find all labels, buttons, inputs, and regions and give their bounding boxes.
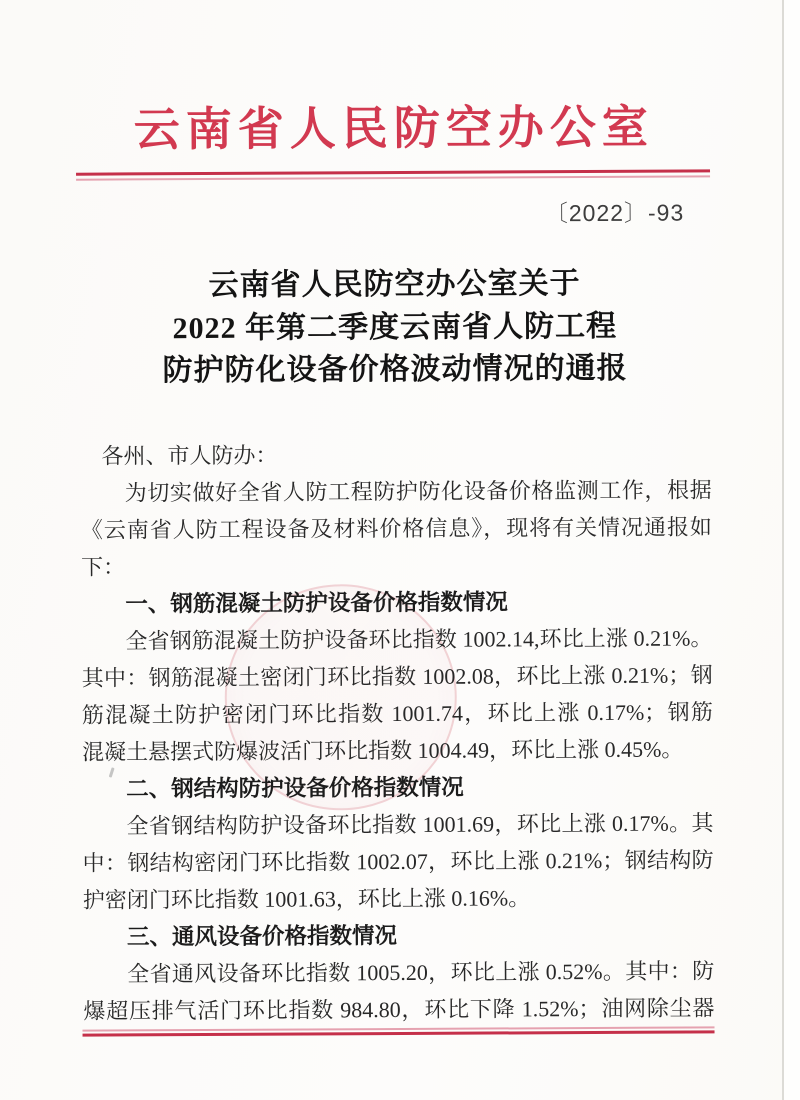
section-heading: 二、钢结构防护设备价格指数情况 bbox=[82, 767, 713, 807]
body-text-line: 其中：钢筋混凝土密闭门环比指数 1002.08，环比上涨 0.21%；钢 bbox=[82, 656, 713, 696]
document-title-line: 云南省人民防空办公室关于 bbox=[79, 262, 711, 308]
body-text-line: 爆超压排气活门环比指数 984.80，环比下降 1.52%；油网除尘器 bbox=[83, 989, 714, 1029]
document-number: 〔2022〕-93 bbox=[78, 195, 684, 231]
body-text-line: 《云南省人防工程设备及材料价格信息》，现将有关情况通报如 bbox=[81, 508, 712, 548]
body-text-line: 护密闭门环比指数 1001.63，环比上涨 0.16%。 bbox=[83, 878, 714, 918]
document-title: 云南省人民防空办公室关于 2022 年第二季度云南省人防工程 防护防化设备价格波… bbox=[79, 262, 712, 393]
body-text-line: 中：钢结构密闭门环比指数 1002.07，环比上涨 0.21%；钢结构防 bbox=[83, 841, 714, 881]
section-heading: 三、通风设备价格指数情况 bbox=[83, 915, 714, 955]
document-body: 各州、市人防办：为切实做好全省人防工程防护防化设备价格监测工作，根据《云南省人防… bbox=[80, 434, 714, 1029]
footer-rule-thick bbox=[83, 1030, 715, 1036]
document-title-line: 2022 年第二季度云南省人防工程 bbox=[79, 305, 711, 351]
scanned-document-page: 云南省人民防空办公室 〔2022〕-93 云南省人民防空办公室关于 2022 年… bbox=[0, 0, 800, 1100]
body-text-line: 混凝土悬摆式防爆波活门环比指数 1004.49，环比上涨 0.45%。 bbox=[82, 730, 713, 770]
letterhead-title: 云南省人民防空办公室 bbox=[78, 100, 710, 157]
body-text-line: 下： bbox=[81, 545, 712, 585]
letterhead-rule-thick bbox=[76, 169, 710, 175]
body-text-line: 筋混凝土防护密闭门环比指数 1001.74，环比上涨 0.17%；钢筋 bbox=[82, 693, 713, 733]
body-text-line: 全省钢筋混凝土防护设备环比指数 1002.14,环比上涨 0.21%。 bbox=[81, 619, 712, 659]
letterhead-rule-thin bbox=[76, 175, 710, 180]
body-text-line: 全省通风设备环比指数 1005.20，环比上涨 0.52%。其中：防 bbox=[83, 952, 714, 992]
section-heading: 一、钢筋混凝土防护设备价格指数情况 bbox=[81, 582, 712, 622]
document-content: 云南省人民防空办公室 〔2022〕-93 云南省人民防空办公室关于 2022 年… bbox=[0, 0, 800, 1100]
body-text-line: 为切实做好全省人防工程防护防化设备价格监测工作，根据 bbox=[81, 471, 712, 511]
body-text-line: 全省钢结构防护设备环比指数 1001.69，环比上涨 0.17%。其 bbox=[82, 804, 713, 844]
document-title-line: 防护防化设备价格波动情况的通报 bbox=[79, 347, 711, 393]
body-text-line: 各州、市人防办： bbox=[80, 434, 711, 474]
